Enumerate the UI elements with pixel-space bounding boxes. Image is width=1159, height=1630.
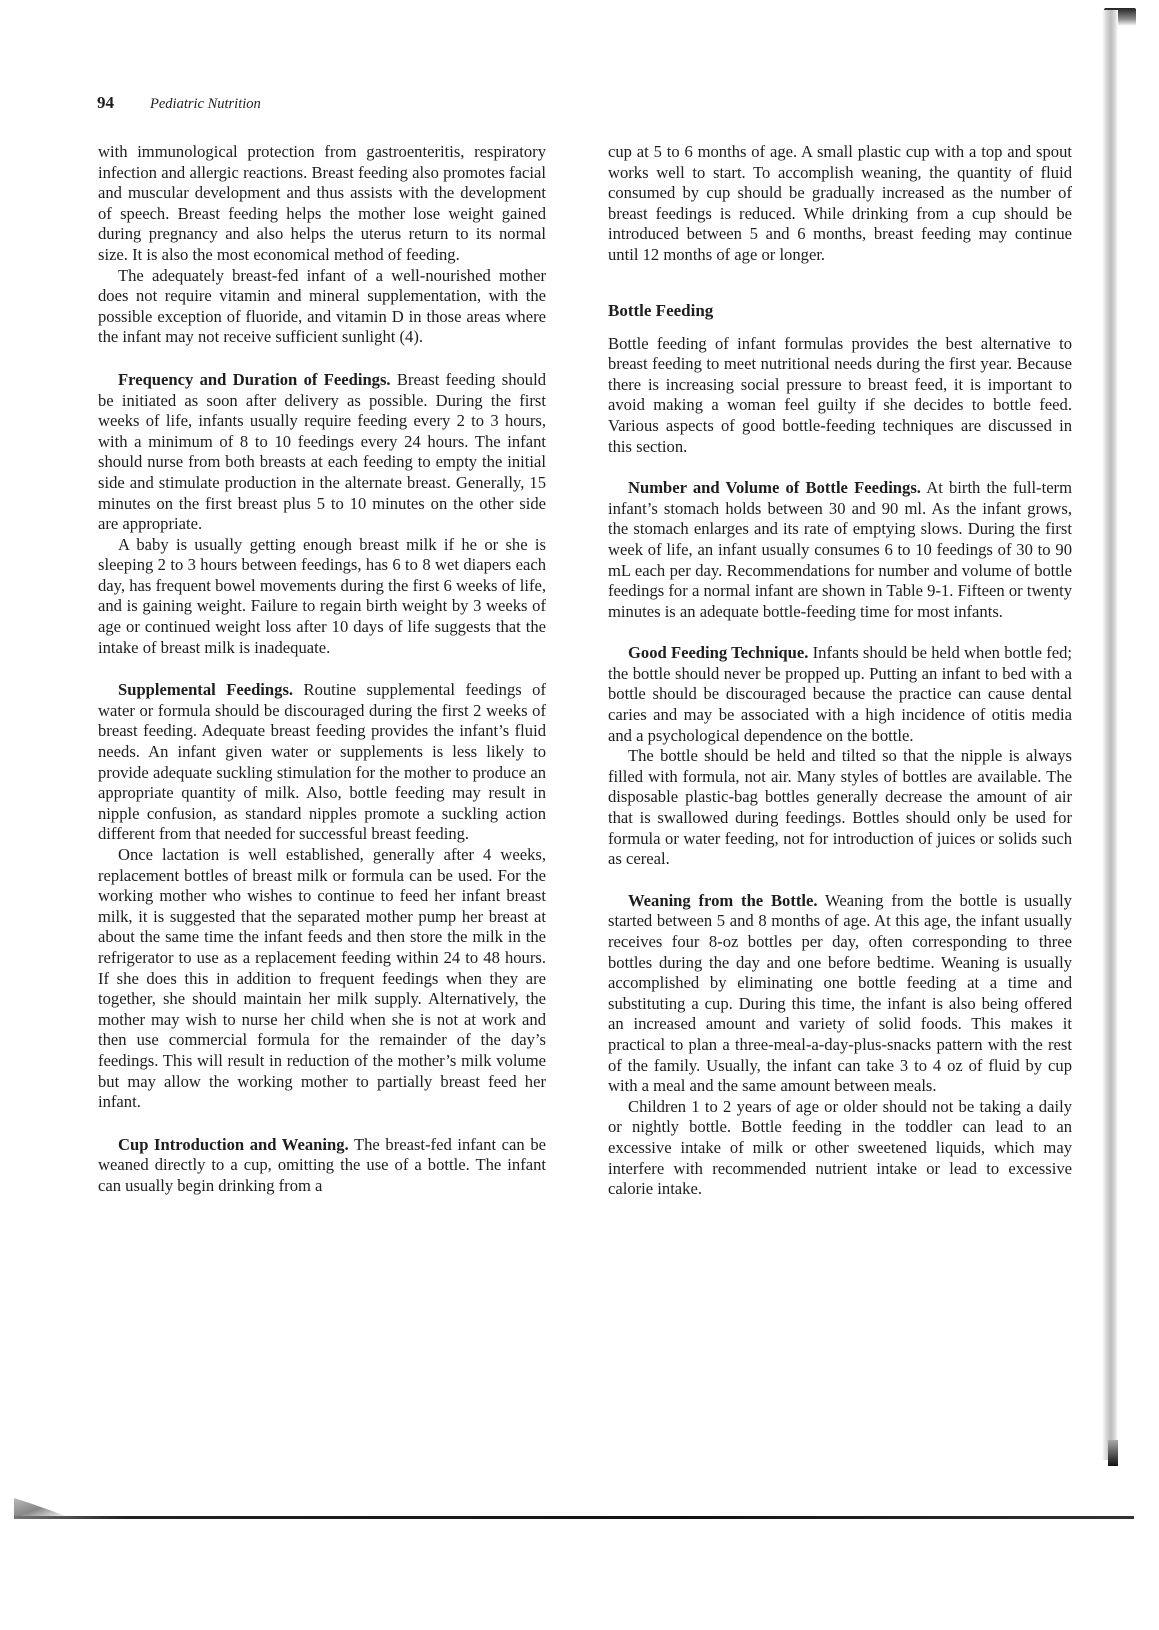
scan-page-edge-line [14,1516,1134,1519]
paragraph-lactation: Once lactation is well established, gene… [98,845,546,1113]
left-column: with immunological protection from gastr… [98,142,546,1197]
subsection-supplemental: Supplemental Feedings. Routine supplemen… [98,680,546,845]
paragraph-enough-milk: A baby is usually getting enough breast … [98,535,546,659]
subsection-number-volume: Number and Volume of Bottle Feedings. At… [608,478,1072,622]
paragraph-benefits: with immunological protection from gastr… [98,142,546,266]
paragraph-supplementation: The adequately breast-fed infant of a we… [98,266,546,348]
subsection-technique: Good Feeding Technique. Infants should b… [608,643,1072,746]
scan-spine-shadow [1102,10,1118,1460]
running-head: 94 Pediatric Nutrition [97,93,261,113]
scan-spine-shadow-bottom [1108,1440,1118,1466]
subsection-frequency: Frequency and Duration of Feedings. Brea… [98,370,546,535]
right-column: cup at 5 to 6 months of age. A small pla… [608,142,1072,1200]
section-heading-bottle-feeding: Bottle Feeding [608,301,1072,321]
running-title: Pediatric Nutrition [150,96,261,113]
subsection-heading: Supplemental Feedings. [118,680,293,699]
subsection-heading: Good Feeding Technique. [628,643,808,662]
paragraph-bottle-intro: Bottle feeding of infant formulas provid… [608,334,1072,458]
subsection-text: Routine supplemental feedings of water o… [98,680,546,843]
paragraph-tilt: The bottle should be held and tilted so … [608,746,1072,870]
subsection-heading: Weaning from the Bottle. [628,891,818,910]
subsection-cup: Cup Introduction and Weaning. The breast… [98,1135,546,1197]
subsection-weaning-bottle: Weaning from the Bottle. Weaning from th… [608,891,1072,1097]
paragraph-cup-continued: cup at 5 to 6 months of age. A small pla… [608,142,1072,266]
page-number: 94 [97,93,150,113]
subsection-text: Breast feeding should be initiated as so… [98,370,546,533]
subsection-heading: Frequency and Duration of Feedings. [118,370,391,389]
scan-edge-smudge [14,1498,66,1518]
subsection-text: At birth the full-term infant’s stomach … [608,478,1072,621]
subsection-heading: Number and Volume of Bottle Feedings. [628,478,921,497]
subsection-text: Weaning from the bottle is usually start… [608,891,1072,1095]
paragraph-toddler: Children 1 to 2 years of age or older sh… [608,1097,1072,1200]
subsection-heading: Cup Introduction and Weaning. [118,1135,349,1154]
